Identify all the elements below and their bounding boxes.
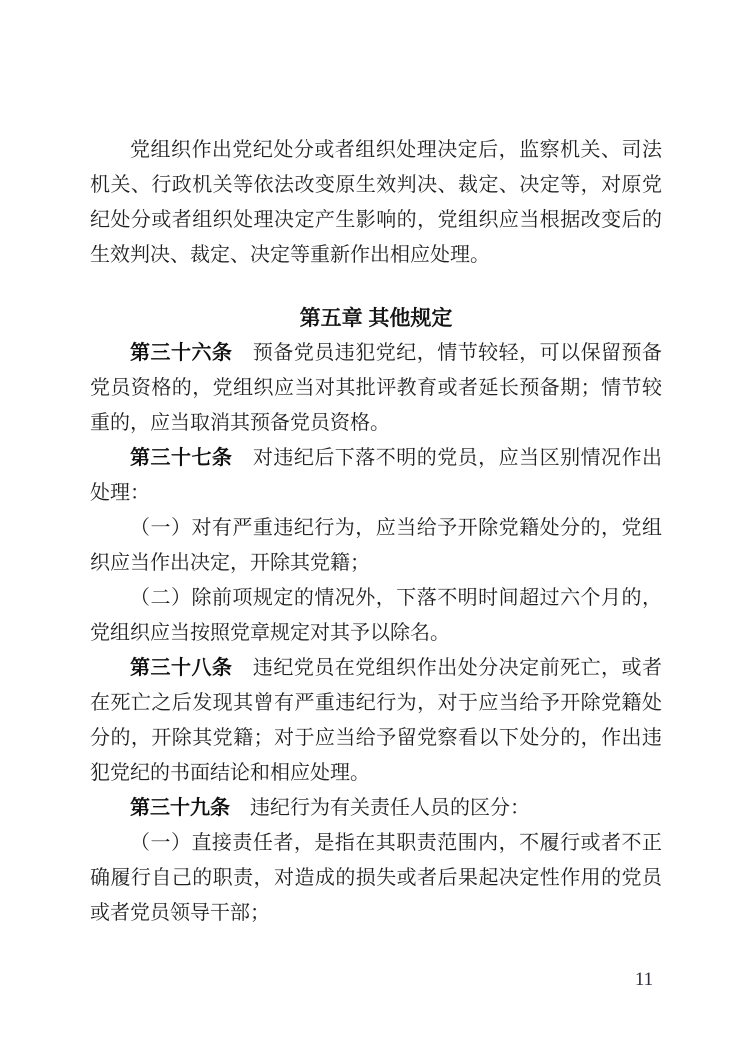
article-38-number: 第三十八条 xyxy=(130,657,253,679)
article-37-number: 第三十七条 xyxy=(130,447,253,469)
article-39-paragraph: 第三十九条违纪行为有关责任人员的区分： xyxy=(90,791,662,826)
intro-paragraph: 党组织作出党纪处分或者组织处理决定后，监察机关、司法机关、行政机关等依法改变原生… xyxy=(90,133,662,273)
article-36-number: 第三十六条 xyxy=(130,342,253,364)
article-37-item-1: （一）对有严重违纪行为，应当给予开除党籍处分的，党组织应当作出决定，开除其党籍； xyxy=(90,511,662,581)
article-38-paragraph: 第三十八条违纪党员在党组织作出处分决定前死亡，或者在死亡之后发现其曾有严重违纪行… xyxy=(90,651,662,791)
article-37-item-2: （二）除前项规定的情况外，下落不明时间超过六个月的，党组织应当按照党章规定对其予… xyxy=(90,581,662,651)
chapter-heading: 第五章 其他规定 xyxy=(90,301,662,336)
article-39-number: 第三十九条 xyxy=(130,797,250,819)
article-39-item-1: （一）直接责任者，是指在其职责范围内，不履行或者不正确履行自己的职责，对造成的损… xyxy=(90,826,662,931)
page-number: 11 xyxy=(624,969,664,991)
article-37-paragraph: 第三十七条对违纪后下落不明的党员，应当区别情况作出处理： xyxy=(90,441,662,511)
page-content: 党组织作出党纪处分或者组织处理决定后，监察机关、司法机关、行政机关等依法改变原生… xyxy=(90,133,662,931)
article-39-text: 违纪行为有关责任人员的区分： xyxy=(250,797,530,819)
article-36-paragraph: 第三十六条预备党员违犯党纪，情节较轻，可以保留预备党员资格的，党组织应当对其批评… xyxy=(90,336,662,441)
document-page: 党组织作出党纪处分或者组织处理决定后，监察机关、司法机关、行政机关等依法改变原生… xyxy=(0,0,750,1060)
